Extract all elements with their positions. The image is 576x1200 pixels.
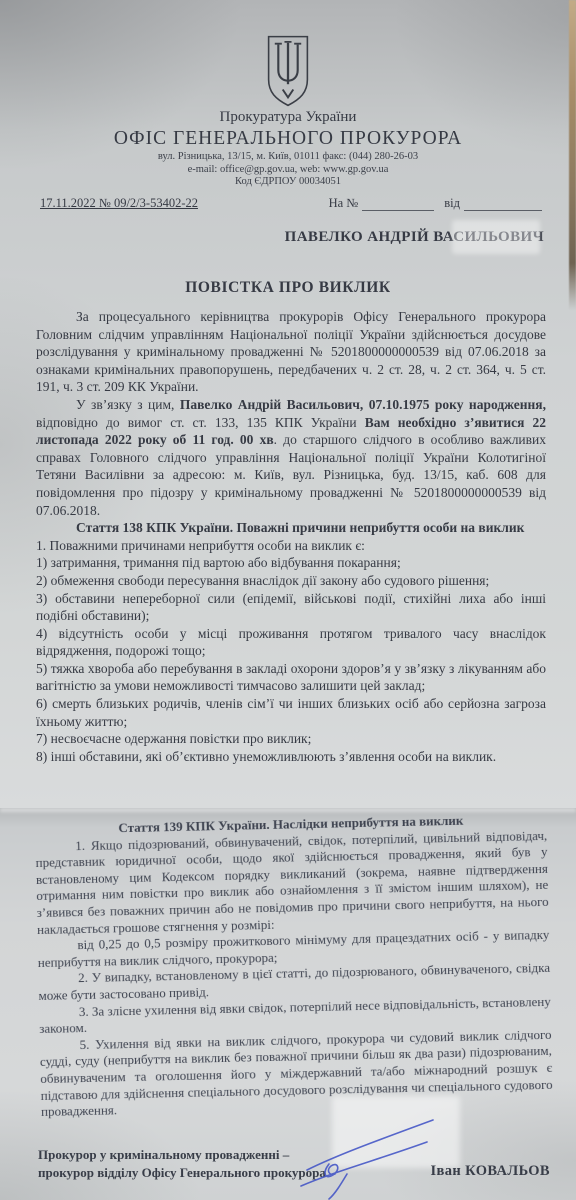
article-138-item: 1) затримання, тримання під вартою або в… xyxy=(36,554,546,572)
article-139-block: Стаття 139 КПК України. Наслідки неприбу… xyxy=(35,811,553,1121)
reference-row: 17.11.2022 № 09/2/3-53402-22 На №від xyxy=(40,196,542,211)
letterhead: Прокуратура України ОФІС ГЕНЕРАЛЬНОГО ПР… xyxy=(0,108,576,189)
signature-block: Прокурор у кримінальному провадженні – п… xyxy=(38,1146,550,1181)
agency-contacts: e-mail: office@gp.gov.ua, web: www.gp.go… xyxy=(0,164,576,177)
article-138-item: 5) тяжка хвороба або перебування в закла… xyxy=(36,660,546,695)
incoming-date-label: від xyxy=(444,196,460,210)
page-bottom-photo: Стаття 139 КПК України. Наслідки неприбу… xyxy=(0,808,576,1200)
summons-person-bold: Павелко Андрій Васильович, 07.10.1975 ро… xyxy=(180,397,546,412)
article-138-item: 7) несвоєчасне одержання повістки про ви… xyxy=(36,730,546,748)
document-title: ПОВІСТКА ПРО ВИКЛИК xyxy=(0,279,576,297)
agency-edrpou-code: Код ЄДРПОУ 00034051 xyxy=(0,176,576,189)
paper-glare-patch xyxy=(452,220,540,254)
signer-role: Прокурор у кримінальному провадженні – п… xyxy=(38,1146,326,1181)
article-138-intro: 1. Поважними причинами неприбуття особи … xyxy=(36,537,546,555)
article-138-item: 6) смерть близьких родичів, членів сім’ї… xyxy=(36,695,546,730)
incoming-reference: На №від xyxy=(329,196,542,211)
summons-run: У зв’язку з цим, xyxy=(76,397,180,412)
article-139-paragraph: 5. Ухилення від явки на виклик слідчого,… xyxy=(39,1027,553,1121)
signer-role-line1: Прокурор у кримінальному провадженні – xyxy=(38,1146,326,1164)
document-photo: Прокуратура України ОФІС ГЕНЕРАЛЬНОГО ПР… xyxy=(0,0,576,1200)
article-138-item: 8) інші обставини, які об’єктивно унемож… xyxy=(36,748,546,766)
agency-name: ОФІС ГЕНЕРАЛЬНОГО ПРОКУРОРА xyxy=(0,127,576,151)
signer-role-line2: прокурор відділу Офісу Генерального прок… xyxy=(38,1164,326,1182)
incoming-date-blank xyxy=(464,199,542,211)
outgoing-number: 17.11.2022 № 09/2/3-53402-22 xyxy=(40,196,198,211)
article-138-heading: Стаття 138 КПК України. Поважні причини … xyxy=(36,519,546,537)
paragraph-case-info: За процесуального керівництва прокурорів… xyxy=(36,308,546,396)
agency-parent-name: Прокуратура України xyxy=(0,108,576,127)
article-138-item: 3) обставини непереборної сили (епідемії… xyxy=(36,590,546,625)
ukraine-trident-emblem-icon xyxy=(261,34,315,108)
article-138-item: 2) обмеження свободи пересування внаслід… xyxy=(36,572,546,590)
document-body: За процесуального керівництва прокурорів… xyxy=(36,308,546,765)
incoming-number-label: На № xyxy=(329,196,359,210)
summons-run: відповідно до вимог ст. ст. 133, 135 КПК… xyxy=(36,415,365,430)
article-139-paragraph: 1. Якщо підозрюваний, обвинувачений, сві… xyxy=(35,827,549,938)
article-138-item: 4) відсутність особи у місці проживання … xyxy=(36,625,546,660)
agency-address: вул. Різницька, 13/15, м. Київ, 01011 фа… xyxy=(0,151,576,164)
paragraph-summons: У зв’язку з цим, Павелко Андрій Васильов… xyxy=(36,396,546,519)
page-top-photo: Прокуратура України ОФІС ГЕНЕРАЛЬНОГО ПР… xyxy=(0,0,576,808)
incoming-number-blank xyxy=(362,199,434,211)
signer-name: Іван КОВАЛЬОВ xyxy=(430,1163,550,1181)
